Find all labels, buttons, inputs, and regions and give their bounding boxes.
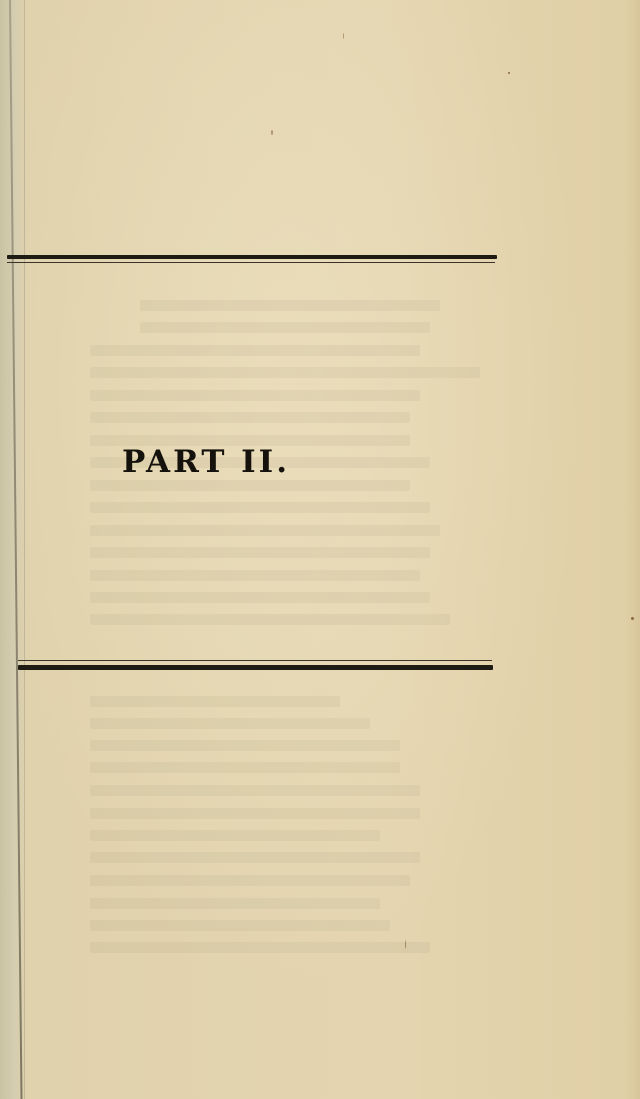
part-heading: PART II. [122, 447, 290, 478]
page-gutter-fold [24, 0, 25, 1099]
book-page: PART II. [0, 0, 640, 1099]
page-right-edge [626, 0, 640, 1099]
spine-shadow [0, 0, 26, 1099]
